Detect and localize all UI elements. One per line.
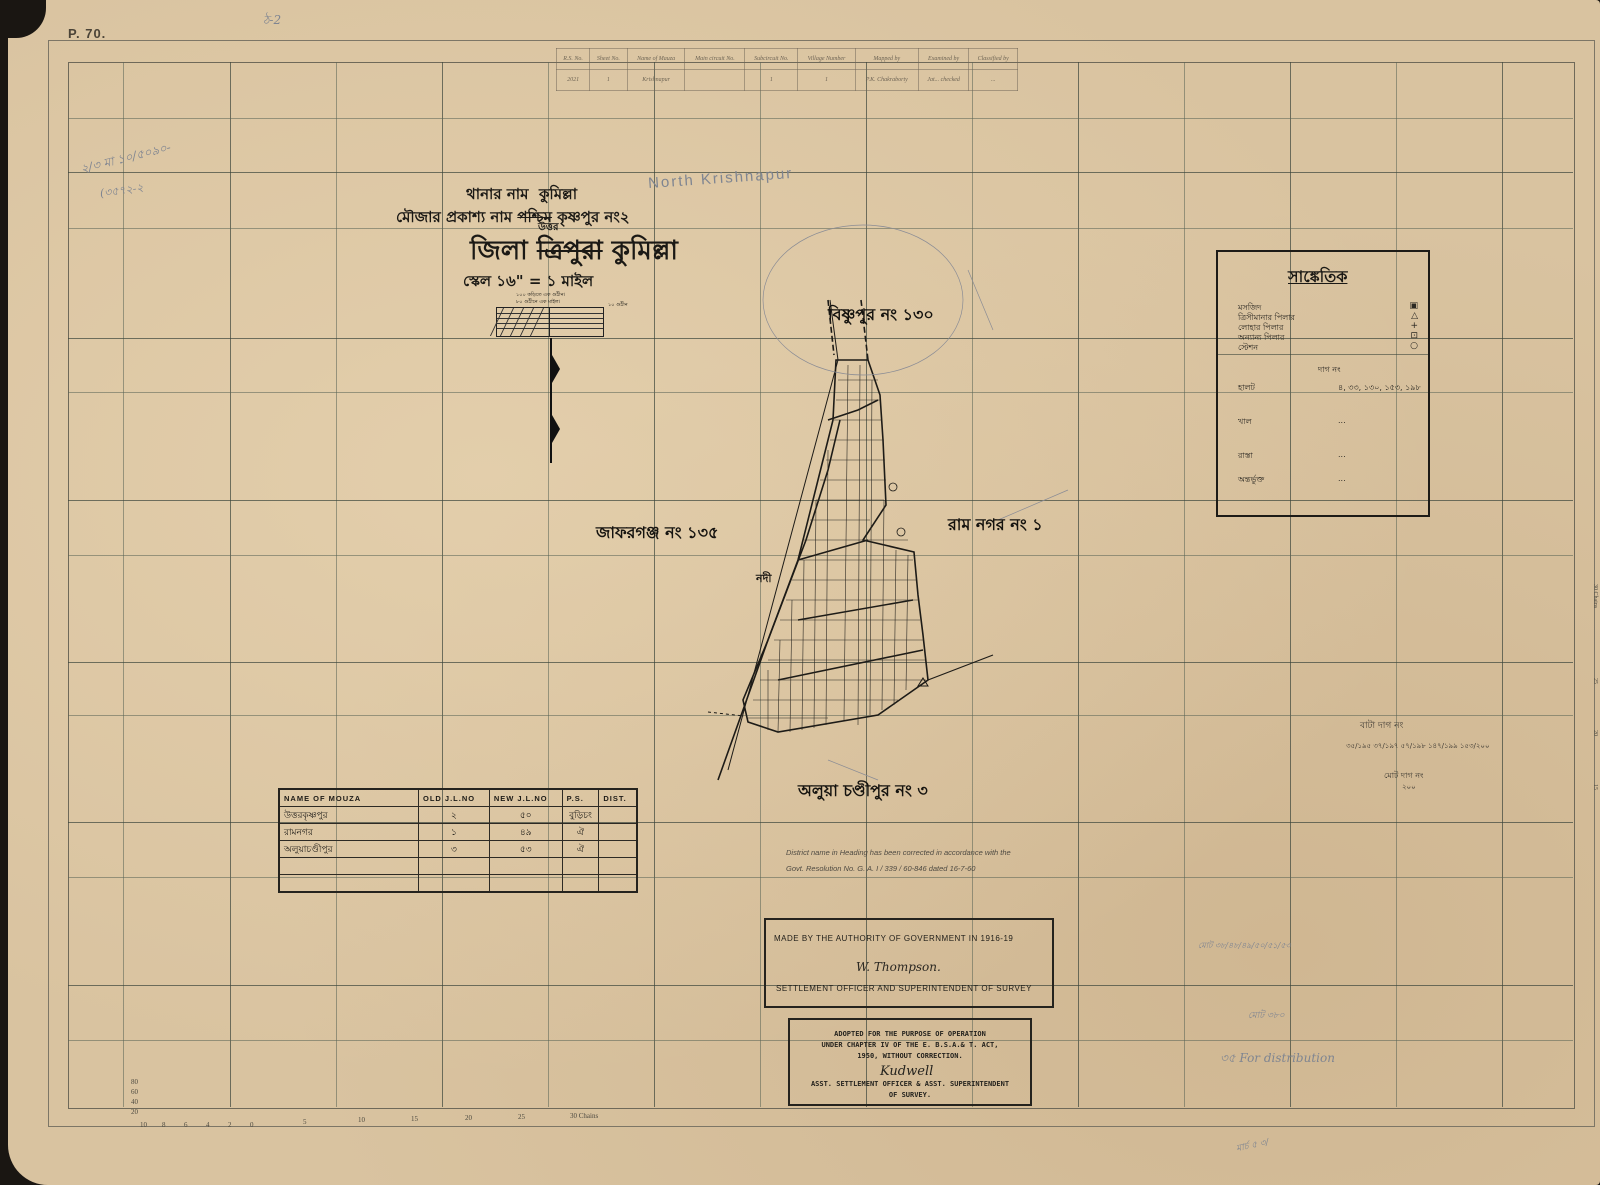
legend-box: সাঙ্কেতিক মসজিদ▣ ত্রিসীমানার পিলার△ লোহা…: [1216, 250, 1430, 517]
table-row: অলুয়াচণ্ডীপুর৩৫৩ঐ: [279, 841, 637, 858]
table-row: [279, 875, 637, 893]
legend-category-halot: হালট৪, ৩৩, ১৩০, ১৫৩, ১৯৮: [1238, 382, 1418, 395]
authority-line1: MADE BY THE AUTHORITY OF GOVERNMENT IN 1…: [774, 934, 1013, 943]
table-row: [279, 858, 637, 875]
pencil-total-note: মোট ৩৮০: [1248, 1008, 1285, 1023]
authority-line2: SETTLEMENT OFFICER AND SUPERINTENDENT OF…: [776, 984, 1032, 993]
table-row: রামনগর১৪৯ঐ: [279, 824, 637, 841]
correction-note-line2: Govt. Resolution No. G. A. I / 339 / 60-…: [786, 864, 975, 873]
pencil-lot-note: মোট ৩৮/৪৮/৪৯/৫০/৫১/৫৩: [1198, 940, 1291, 953]
bata-plot-header: বাটা দাগ নং: [1360, 718, 1403, 733]
authority-signature: W. Thompson.: [856, 960, 941, 974]
mouza-jurisdiction-table: NAME OF MOUZA OLD J.L.NO NEW J.L.NO P.S.…: [278, 788, 638, 893]
table-header-row: NAME OF MOUZA OLD J.L.NO NEW J.L.NO P.S.…: [279, 789, 637, 807]
cadastral-map-sheet: P. 70. ঠ-2 R.S. No.Sheet No.: [8, 0, 1600, 1185]
pencil-distribution-note: ৩৫ For distribution: [1220, 1050, 1335, 1070]
legend-category-canal: খাল...: [1238, 416, 1418, 429]
place-north: বিষ্ণুপুর নং ১৩০: [828, 302, 934, 329]
table-row: উত্তরকৃষ্ণপুর২৫০বুড়িচং: [279, 807, 637, 824]
total-plot-value: ২০০: [1402, 781, 1416, 793]
legend-category-road: রাস্তা...: [1238, 450, 1418, 463]
river-label: নদী: [756, 570, 772, 589]
correction-note-line1: District name in Heading has been correc…: [786, 848, 1011, 857]
bata-plot-list: ৩৫/১৯৫ ৩৭/১৯৭ ৫৭/১৯৮ ১৪৭/১৯৯ ১৫৩/২০০: [1346, 740, 1490, 752]
authority-box: MADE BY THE AUTHORITY OF GOVERNMENT IN 1…: [764, 918, 1054, 1008]
adoption-stamp: ADOPTED FOR THE PURPOSE OF OPERATION UND…: [788, 1018, 1032, 1106]
stamp-signature: Kudwell: [880, 1064, 933, 1079]
legend-plot-header: দাগ নং: [1318, 364, 1498, 377]
place-south: অলুয়া চণ্ডীপুর নং ৩: [798, 778, 928, 805]
legend-title: সাঙ্কেতিক: [1288, 264, 1347, 291]
place-west: জাফরগঞ্জ নং ১৩৫: [596, 520, 718, 547]
legend-category-included: অন্তর্ভুক্ত...: [1238, 474, 1418, 487]
place-east: রাম নগর নং ১: [948, 512, 1043, 539]
